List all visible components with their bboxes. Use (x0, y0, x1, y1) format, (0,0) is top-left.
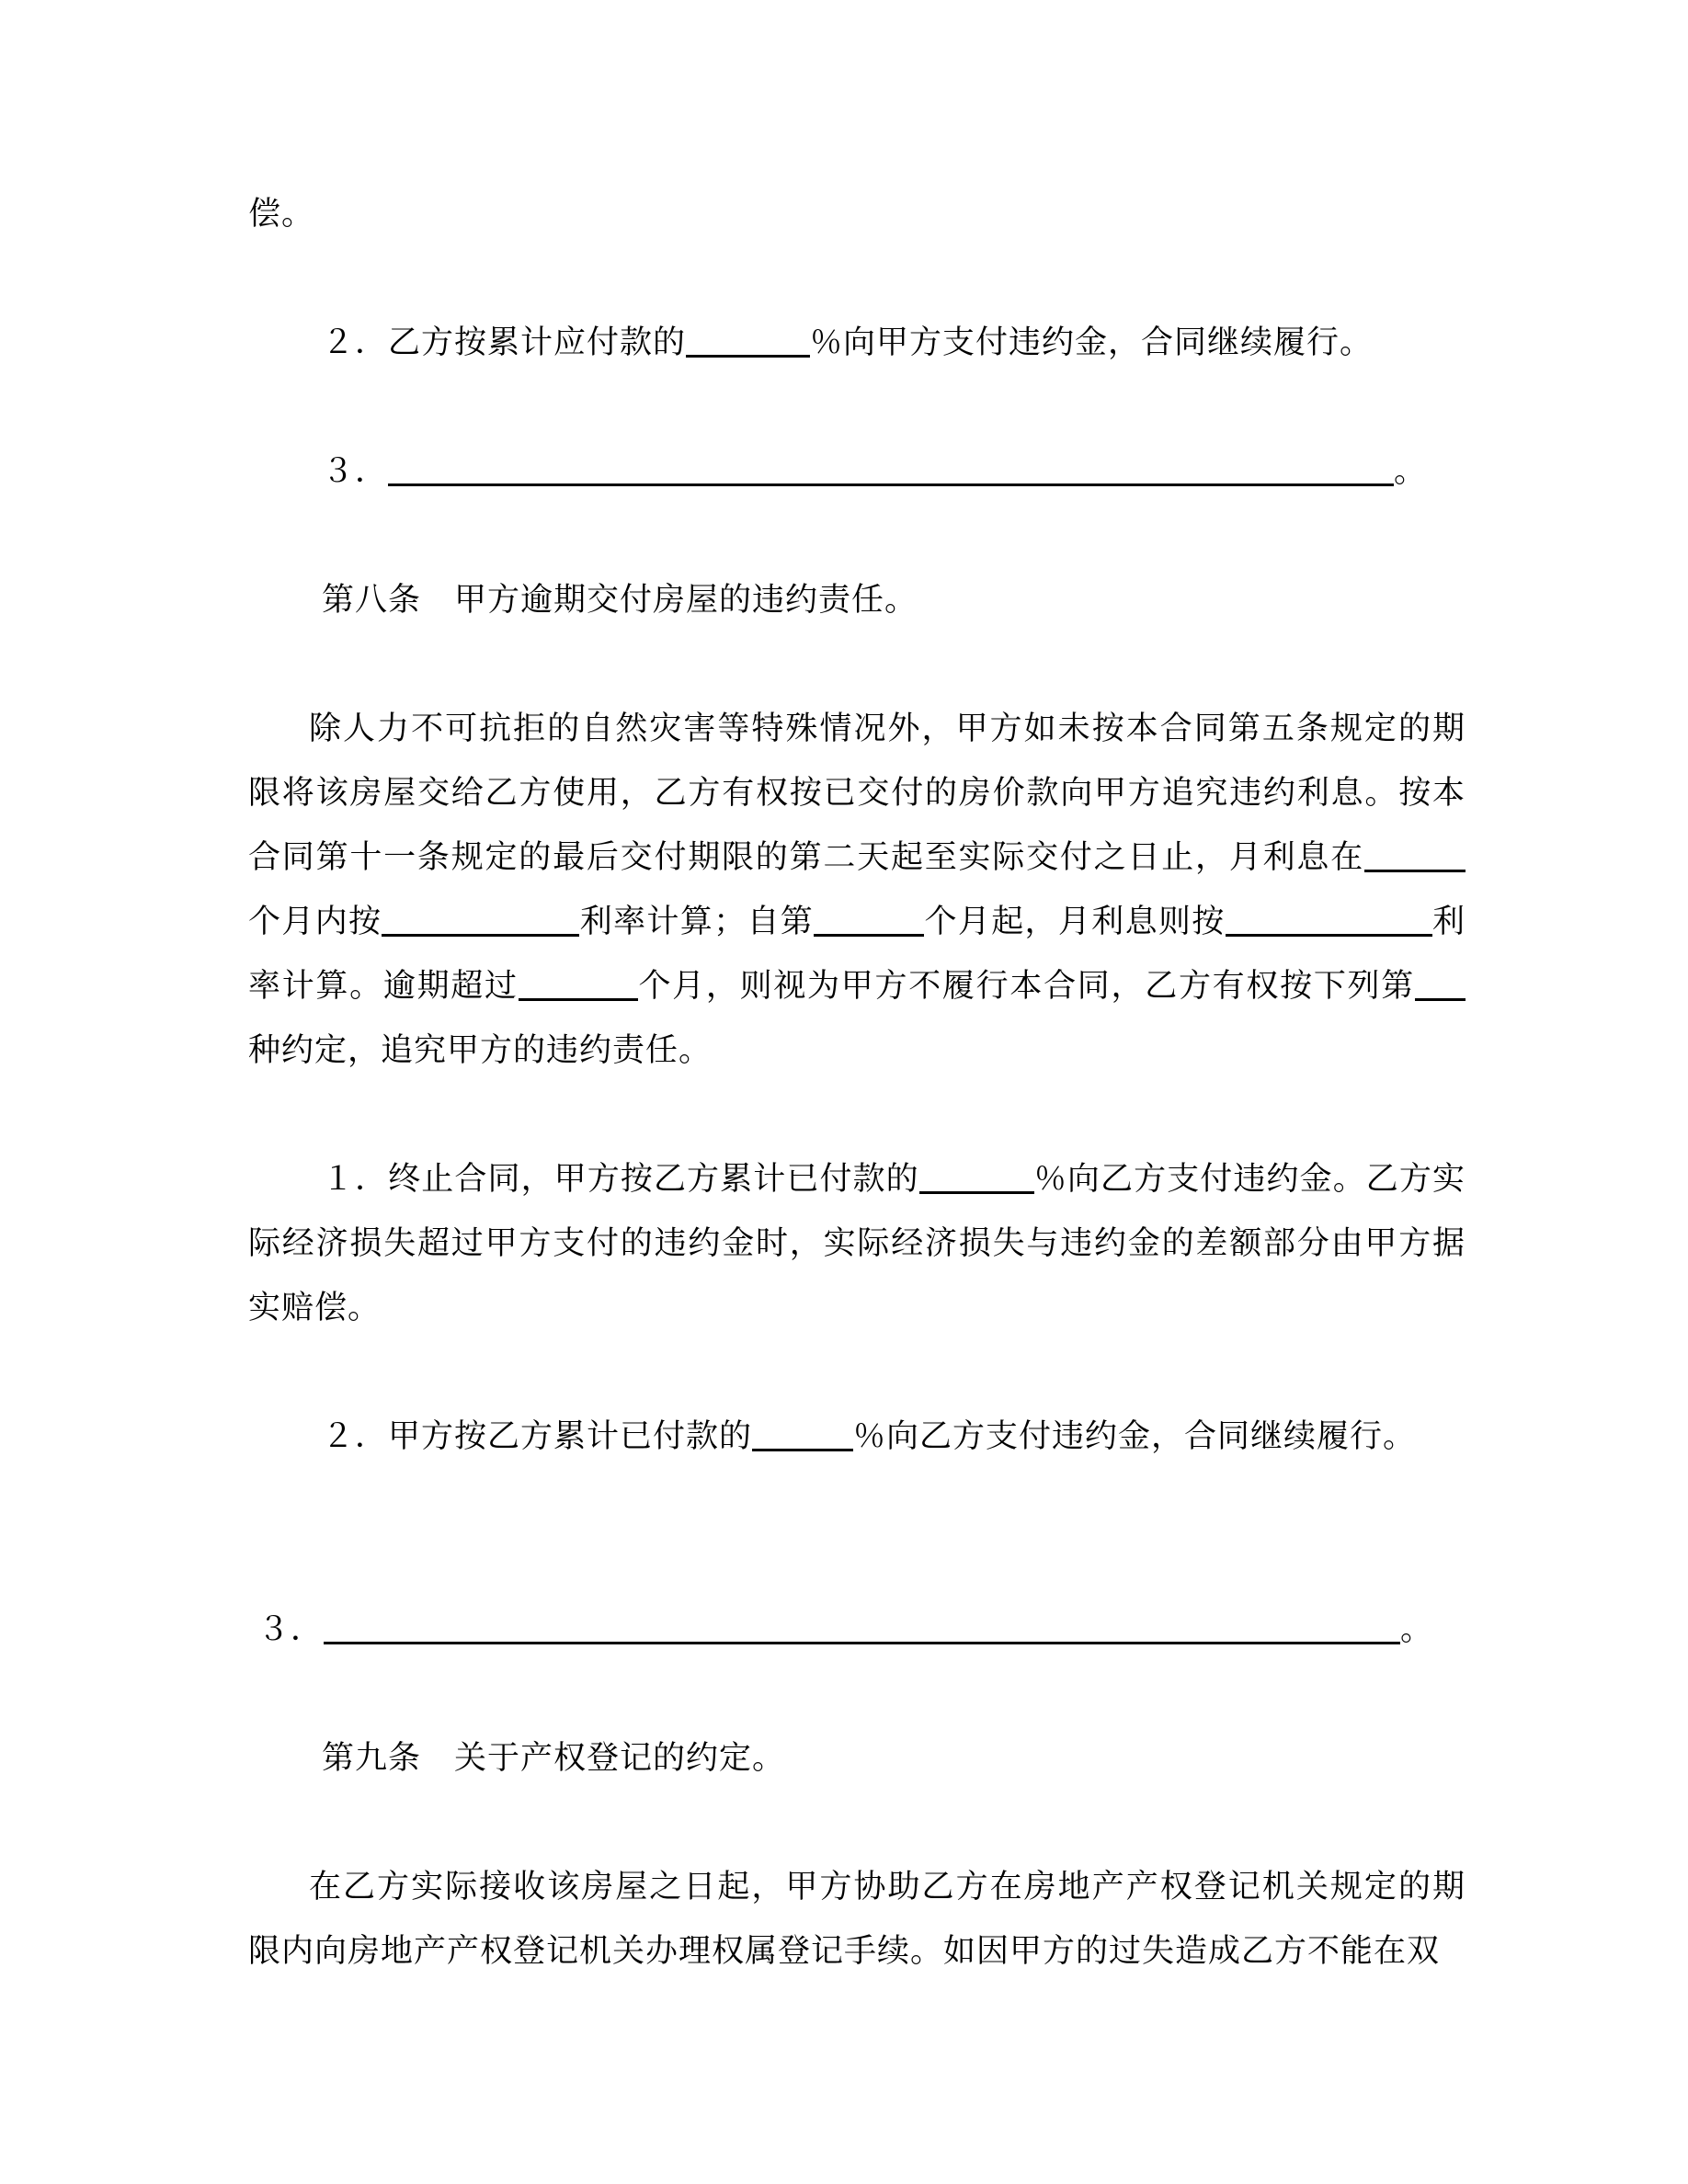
fill-in-blank (919, 1171, 1034, 1194)
text-run: 种约定，追究甲方的违约责任。 (248, 1032, 712, 1068)
clause-8-option-1-terminate: １．终止合同，甲方按乙方累计已付款的％向乙方支付违约金。乙方实际经济损失超过甲方… (248, 1147, 1466, 1340)
clause-8-body: 除人力不可抗拒的自然灾害等特殊情况外，甲方如未按本合同第五条规定的期限将该房屋交… (248, 697, 1466, 1083)
text-run: 个月起，月利息则按 (924, 904, 1225, 939)
text-run: ％向乙方支付违约金，合同继续履行。 (853, 1418, 1416, 1454)
clause-9-body: 在乙方实际接收该房屋之日起，甲方协助乙方在房地产产权登记机关规定的期限内向房地产… (248, 1855, 1466, 1984)
fill-in-blank (686, 335, 810, 358)
contract-page: 偿。２．乙方按累计应付款的％向甲方支付违约金，合同继续履行。３．。第八条 甲方逾… (0, 0, 1688, 2184)
text-run: ２．甲方按乙方累计已付款的 (322, 1418, 752, 1454)
fill-in-blank (382, 914, 579, 937)
clause-8-option-3-custom: ３．。 (248, 1598, 1466, 1662)
fill-in-blank (1364, 849, 1466, 872)
text-run: 第九条 关于产权登记的约定。 (322, 1740, 785, 1776)
text-run: ％向甲方支付违约金，合同继续履行。 (810, 324, 1373, 360)
fill-in-blank (324, 1621, 1400, 1644)
document-body: 偿。２．乙方按累计应付款的％向甲方支付违约金，合同继续履行。３．。第八条 甲方逾… (248, 182, 1466, 1984)
text-run: 第八条 甲方逾期交付房屋的违约责任。 (322, 582, 918, 618)
fill-in-blank (519, 978, 638, 1001)
fill-in-blank (1415, 978, 1466, 1001)
clause-8-option-2-continue: ２．甲方按乙方累计已付款的％向乙方支付违约金，合同继续履行。 (248, 1405, 1466, 1469)
text-run: 利率计算；自第 (579, 904, 814, 939)
text-run: 除人力不可抗拒的自然灾害等特殊情况外，甲方如未按本合同第五条规定的期限将该房屋交… (248, 711, 1466, 875)
text-run: ２．乙方按累计应付款的 (322, 324, 686, 360)
fill-in-blank (752, 1428, 853, 1451)
text-run: １．终止合同，甲方按乙方累计已付款的 (322, 1161, 919, 1197)
clause-9-heading: 第九条 关于产权登记的约定。 (248, 1726, 1466, 1791)
text-run: 个月，则视为甲方不履行本合同，乙方有权按下列第 (638, 968, 1415, 1004)
text-run: ３． (257, 1611, 324, 1647)
para-compensation-carryover: 偿。 (248, 182, 1466, 246)
text-run: 在乙方实际接收该房屋之日起，甲方协助乙方在房地产产权登记机关规定的期限内向房地产… (248, 1869, 1466, 1969)
text-run: 个月内按 (248, 904, 382, 939)
fill-in-blank (814, 914, 924, 937)
text-run: 。 (1394, 453, 1427, 489)
text-run: 。 (1400, 1611, 1433, 1647)
fill-in-blank (388, 463, 1394, 486)
text-run: ３． (322, 453, 388, 489)
fill-in-blank (1226, 914, 1432, 937)
clause-8-heading: 第八条 甲方逾期交付房屋的违约责任。 (248, 568, 1466, 632)
item-3-buyer-overdue-custom: ３．。 (248, 439, 1466, 504)
item-2-buyer-overdue-penalty: ２．乙方按累计应付款的％向甲方支付违约金，合同继续履行。 (248, 311, 1466, 375)
text-run: 偿。 (248, 196, 314, 232)
